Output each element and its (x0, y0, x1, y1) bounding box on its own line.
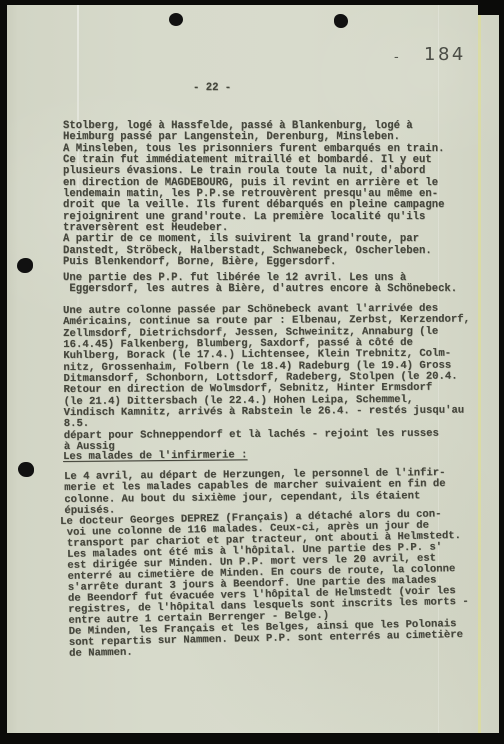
hole-punch-dot (17, 258, 33, 273)
scan-border-top (0, 0, 504, 5)
scan-border-right (499, 0, 504, 744)
handwritten-dash: - (394, 50, 399, 65)
section-heading-infirmerie: Les malades de l'infirmerie : (63, 450, 247, 463)
paragraph-second-column: Une autre colonne passée par Schönebeck … (63, 304, 471, 454)
typed-page-number: - 22 - (193, 82, 231, 94)
hole-punch-dot (334, 14, 348, 28)
paragraph-liberation: Une partie des P.P. fut libérée le 12 av… (63, 273, 457, 296)
scan-border-bottom (0, 733, 504, 744)
film-yellow-line (478, 5, 481, 744)
scanned-document-page: - 184 - 22 - Stolberg, logé à Hassfelde,… (0, 0, 504, 744)
page-number-stamp: 184 (424, 44, 466, 65)
paragraph-deprez-column: Le docteur Georges DEPREZ (Français) a d… (60, 509, 470, 660)
paragraph-route-stolberg: Stolberg, logé à Hassfelde, passé à Blan… (63, 121, 444, 268)
hole-punch-dot (18, 462, 34, 477)
hole-punch-dot (169, 13, 183, 26)
scan-border-corner (478, 0, 504, 15)
scan-border-left (0, 0, 7, 744)
